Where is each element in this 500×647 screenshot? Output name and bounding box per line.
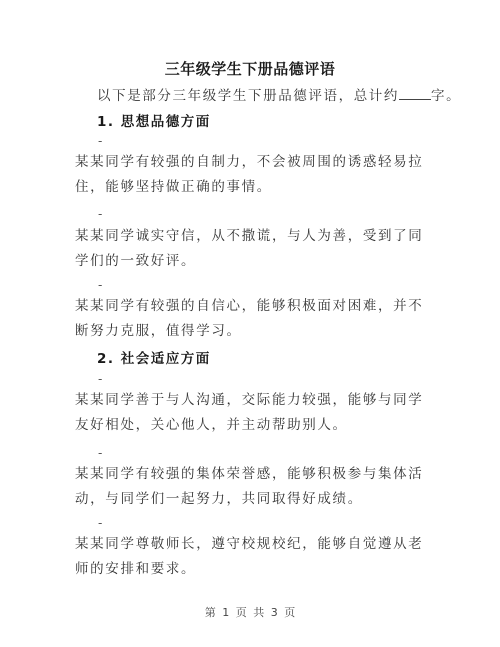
document-page: 三年级学生下册品德评语 以下是部分三年级学生下册品德评语，总计约字。 1. 思想… <box>0 0 500 647</box>
comment-paragraph: 某某同学尊敬师长，遵守校规校纪，能够自觉遵从老师的安排和要求。 <box>75 532 435 582</box>
section-heading-1: 1. 思想品德方面 <box>97 110 211 130</box>
list-dash: - <box>98 446 102 460</box>
list-dash: - <box>98 516 102 530</box>
comment-paragraph: 某某同学有较强的集体荣誉感，能够积极参与集体活动，与同学们一起努力，共同取得好成… <box>75 462 435 512</box>
document-title: 三年级学生下册品德评语 <box>0 58 500 79</box>
word-count-blank <box>399 87 431 100</box>
comment-paragraph: 某某同学善于与人沟通，交际能力较强，能够与同学友好相处，关心他人，并主动帮助别人… <box>75 388 435 438</box>
list-dash: - <box>98 207 102 221</box>
intro-text-end: 字。 <box>431 88 461 104</box>
list-dash: - <box>98 134 102 148</box>
comment-paragraph: 某某同学有较强的自信心，能够积极面对困难，并不断努力克服，值得学习。 <box>75 294 435 344</box>
intro-text: 以下是部分三年级学生下册品德评语，总计约 <box>97 88 399 104</box>
comment-paragraph: 某某同学有较强的自制力，不会被周围的诱惑轻易拉住，能够坚持做正确的事情。 <box>75 150 435 200</box>
section-heading-2: 2. 社会适应方面 <box>97 347 211 367</box>
intro-paragraph: 以下是部分三年级学生下册品德评语，总计约字。 <box>97 84 461 104</box>
list-dash: - <box>98 372 102 386</box>
list-dash: - <box>98 278 102 292</box>
comment-paragraph: 某某同学诚实守信，从不撒谎，与人为善，受到了同学们的一致好评。 <box>75 224 435 274</box>
page-footer: 第 1 页 共 3 页 <box>0 604 500 620</box>
